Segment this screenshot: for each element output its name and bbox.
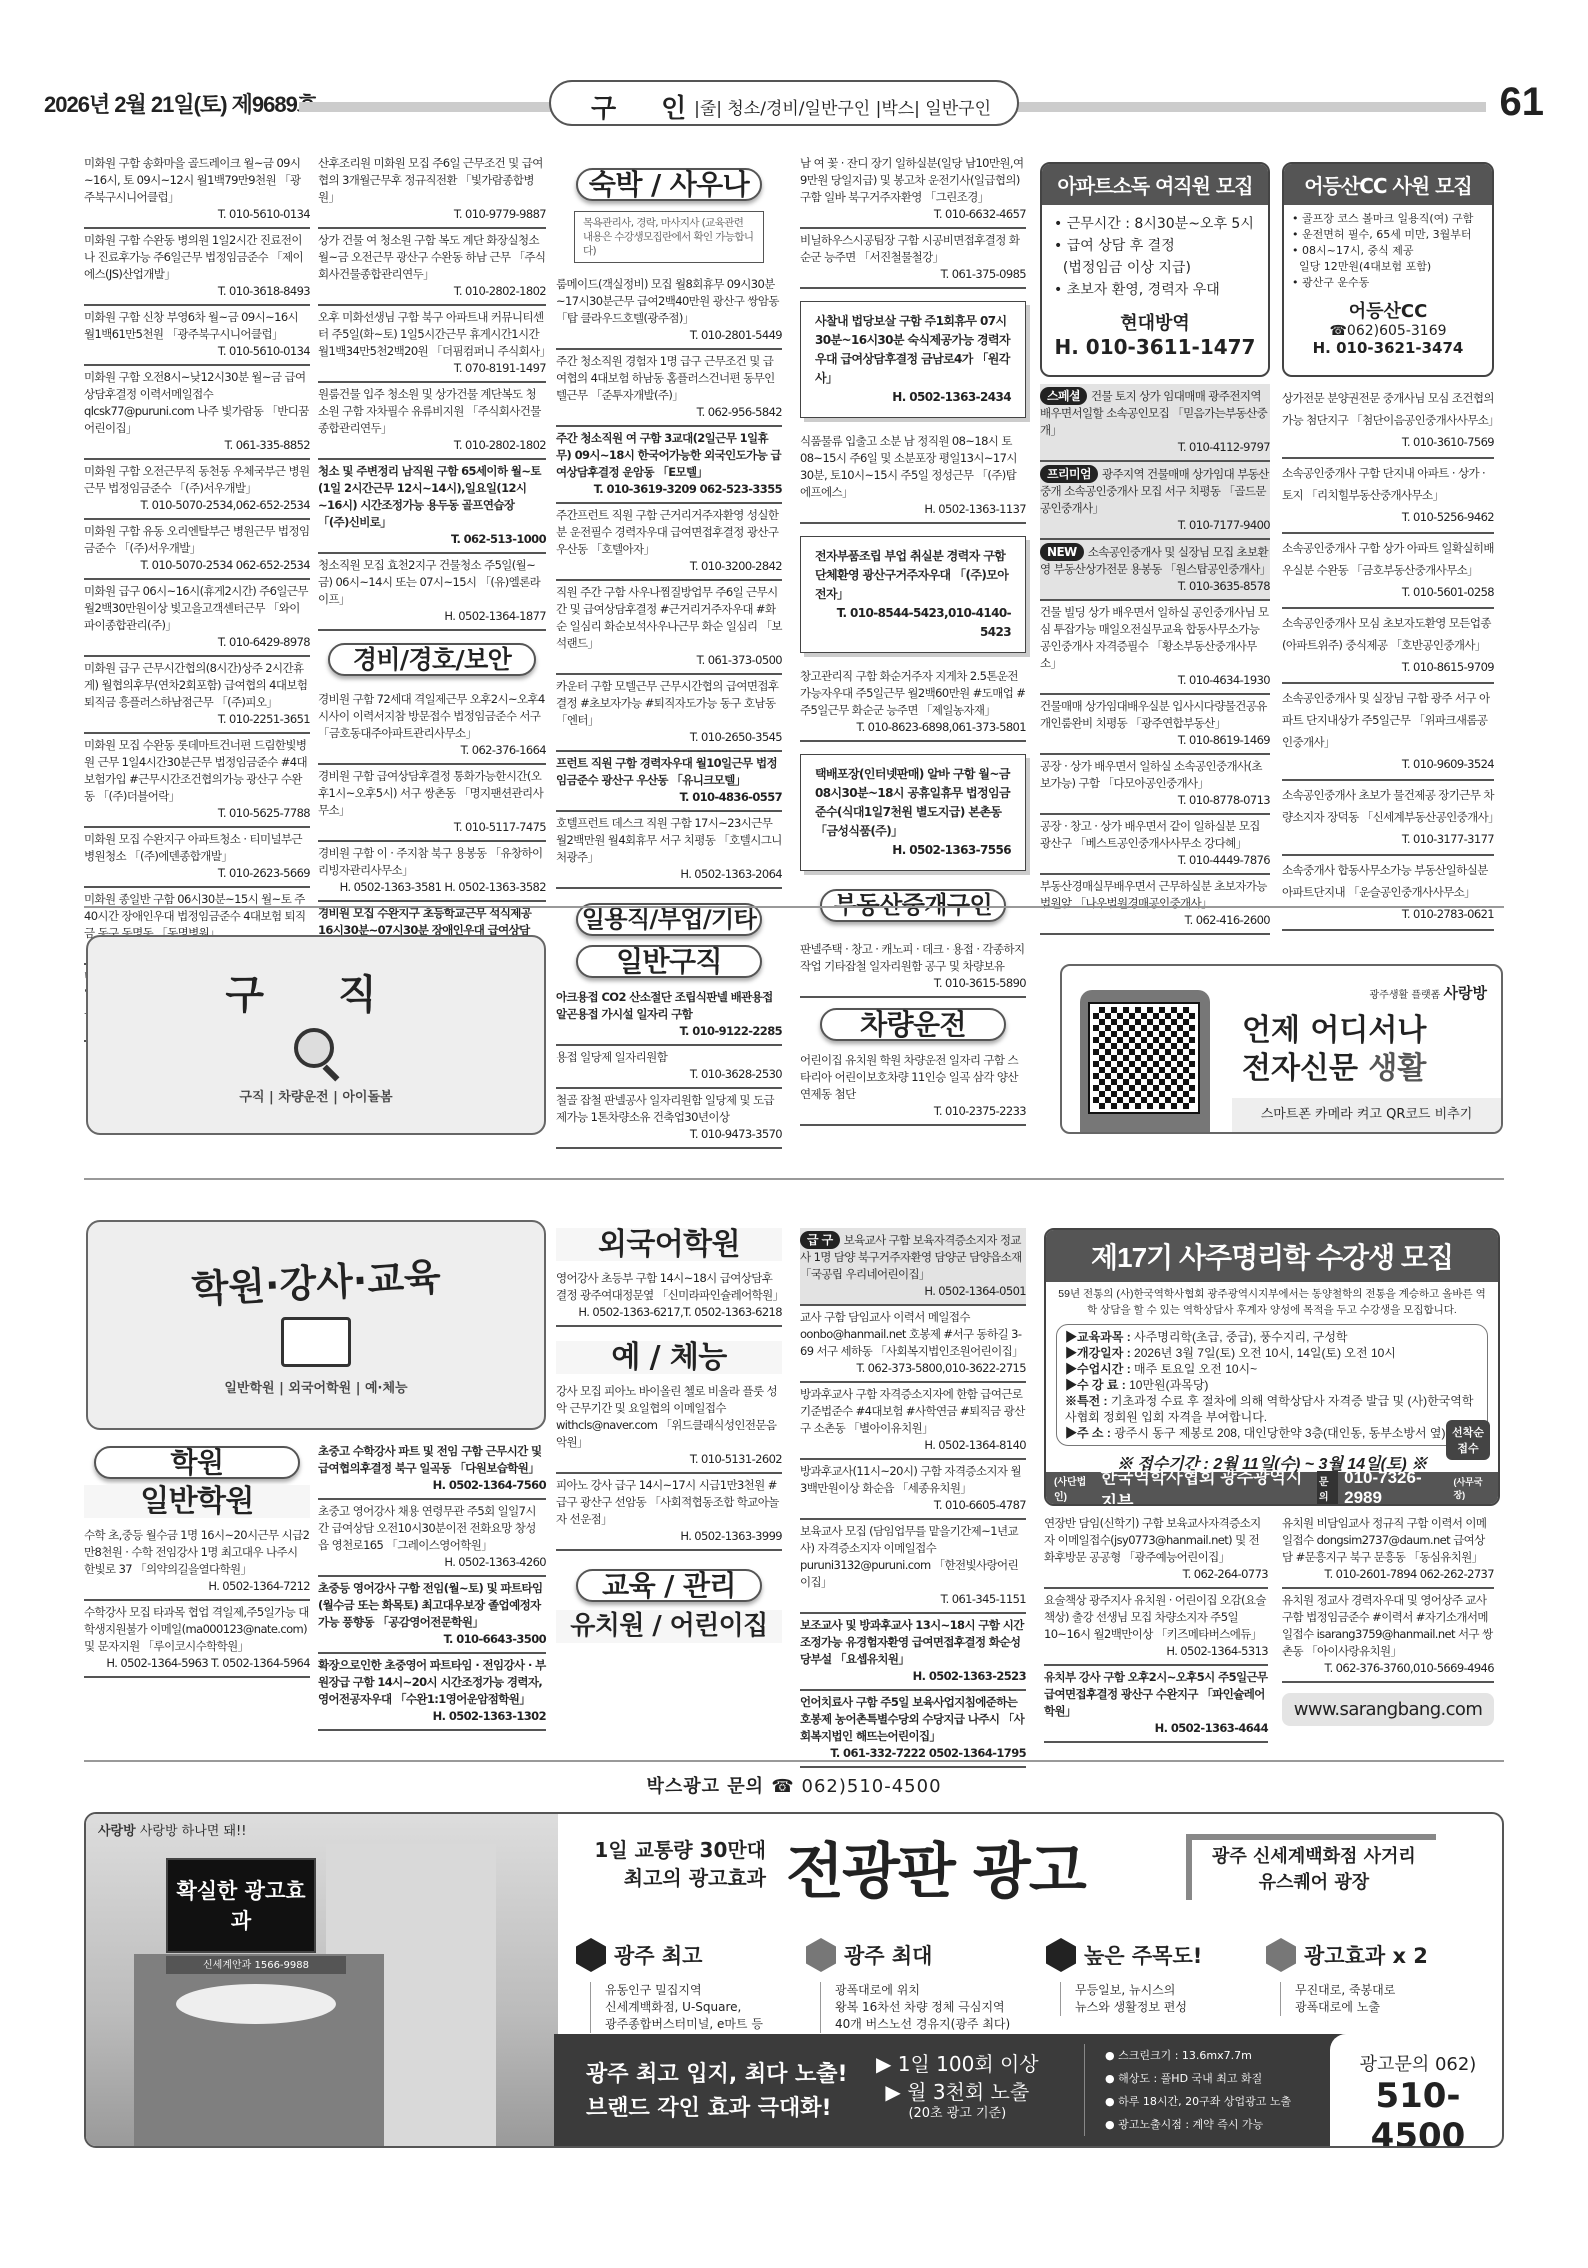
classified-ad: 수학 초,중등 월수금 1명 16시~20시근무 시급2만8천원 · 수학 전임… bbox=[84, 1524, 310, 1601]
billboard-summary: 광주 최고 입지, 최다 노출! 브랜드 각인 효과 극대화! ▶ 1일 100… bbox=[554, 2034, 1504, 2148]
ad-apartment-disinfection: 아파트소독 여직원 모집 • 근무시간 : 8시30분~오후 5시• 급여 상담… bbox=[1040, 162, 1270, 377]
classified-ad: 미화원 구함 유동 오리엔탈부근 병원근무 법정임금준수 「(주)서우개발」T.… bbox=[84, 520, 310, 580]
ad-phone: T. 010-5601-0258 bbox=[1282, 581, 1494, 603]
classified-ad: 연장반 담임(신학기) 구함 보육교사자격증소지자 이메일접수(jsy0773@… bbox=[1044, 1512, 1268, 1589]
ad-text: 상가전문 분양권전문 중개사님 모심 조건협의가능 첨단지구 「첨단이음공인중개… bbox=[1282, 391, 1499, 427]
ad-phone: T. 010-3615-5890 bbox=[800, 975, 1026, 992]
ad-phone: T. 010-9122-2285 bbox=[556, 1023, 782, 1040]
first-come-badge: 선착순 접수 bbox=[1446, 1420, 1490, 1460]
billboard-stats: ▶ 1일 100회 이상 ▶ 월 3천회 노출 (20초 광고 기준) bbox=[876, 2050, 1039, 2122]
ad-text: 공장 · 상가 배우면서 일하실 소속공인중개사(초보가능) 구함 「다모아공인… bbox=[1040, 759, 1262, 790]
ad-text: 경비원 구함 이 · 주지참 북구 용봉동 「유창하이리빙자관리사무소」 bbox=[318, 846, 543, 877]
ad-phone: H. 010-3611-1477 bbox=[1042, 335, 1268, 359]
ad-text: 사찰내 법당보살 구함 주1회휴무 07시30분~16시30분 숙식제공가능 경… bbox=[815, 312, 1011, 388]
ad-phone: H. 0502-1364-0501 bbox=[800, 1283, 1026, 1300]
classified-ad: 미화원 구함 오전근무직 동천동 우체국부근 병원근무 법정임금준수 「(주)서… bbox=[84, 460, 310, 520]
ad-text: 판넬주택 · 창고 · 캐노피 · 데크 · 용접 · 각종하지작업 기타잡철 … bbox=[800, 942, 1024, 973]
slogan-line: 광주 최고 입지, 최다 노출! bbox=[586, 2058, 848, 2092]
billboard-slogan: 광주 최고 입지, 최다 노출! 브랜드 각인 효과 극대화! bbox=[586, 2058, 848, 2126]
lead-line: 1일 교통량 30만대 bbox=[586, 1836, 766, 1864]
slogan-line: 브랜드 각인 효과 극대화! bbox=[586, 2092, 848, 2126]
ad-phone: H. 0502-1363-2523 bbox=[800, 1668, 1026, 1685]
ad-phone: H. 0502-1364-5313 bbox=[1044, 1643, 1268, 1660]
ad-text: 비닐하우스시공팀장 구함 시공비면접후결정 화순군 능주면 「서진철물철강」 bbox=[800, 233, 1019, 264]
boxed-ad: 사찰내 법당보살 구함 주1회휴무 07시30분~16시30분 숙식제공가능 경… bbox=[800, 301, 1026, 418]
heading-general-job-seeking: 일반구직 bbox=[576, 945, 762, 978]
column-academy-2: 초중고 수학강사 파트 및 전임 구함 근무시간 및 급여협의후결정 북구 일곡… bbox=[318, 1440, 546, 1731]
ad-text: 미화원 종일반 구함 06시30분~15시 월~토 주40시간 장애인우대 법정… bbox=[84, 892, 306, 940]
ad-text: 경비원 구함 급여상담후결정 통화가능한시간(오후1시~오후5시) 서구 쌍촌동… bbox=[318, 769, 543, 817]
ad-line: • 광산구 운수동 bbox=[1292, 275, 1484, 291]
course-item: ▶수 강 료 : 10만원(과목당) bbox=[1065, 1377, 1479, 1393]
ad-text: 아크용접 CO2 산소절단 조립식판넬 배관용접 알곤용접 가시설 일자리 구함 bbox=[556, 990, 773, 1021]
ad-text: 상가 건물 여 청소원 구함 복도 계단 화장실청소 월~금 오전근무 광산구 … bbox=[318, 233, 545, 281]
ad-text: 방과후교사 구함 자격증소지자에 한함 급여근로기준법준수 #4대보험 #사학연… bbox=[800, 1387, 1025, 1435]
feature-icon bbox=[806, 1938, 836, 1972]
section-title: 구 인 bbox=[591, 88, 704, 125]
classified-ad: 미화원 급구 근무시간협의(8시간)상주 2시간휴게) 월협의후무(연차2회포함… bbox=[84, 657, 310, 734]
billboard-feature: 광주 최대광폭대로에 위치 왕복 16차선 차량 정체 극심지역 40개 버스노… bbox=[806, 1938, 1026, 2033]
ad-text: 택배포장(인터넷판매) 알바 구함 월~금 08시30분~18시 공휴일휴무 법… bbox=[815, 765, 1011, 841]
ad-text: 원룸건물 입주 청소원 및 상가건물 계단복도 청소원 구함 자차필수 유류비지… bbox=[318, 387, 541, 435]
ad-phone: T. 061-345-1151 bbox=[800, 1591, 1026, 1608]
column-academy: 학원 일반학원 수학 초,중등 월수금 1명 16시~20시근무 시급2만8천원… bbox=[84, 1440, 310, 1678]
classified-ad: 방과후교사 구함 자격증소지자에 한함 급여근로기준법준수 #4대보험 #사학연… bbox=[800, 1383, 1026, 1460]
ad-phone: H. 0502-1364-8140 bbox=[800, 1437, 1026, 1454]
classified-ad: 창고관리직 구함 화순거주자 지게차 2.5톤운전가능자우대 주5일근무 월2백… bbox=[800, 665, 1026, 742]
classified-ad: 건물매매 상가임대배우실분 입사시다량물건공유 개인룸완비 치평동 「광주연합부… bbox=[1040, 695, 1270, 755]
ad-phone: T. 010-2802-1802 bbox=[318, 437, 546, 454]
ad-title: 어등산CC 사원 모집 bbox=[1284, 164, 1492, 205]
classified-ad: 카운터 구함 모텔근무 근무시간협의 급여면접후결정 #초보자가능 #퇴직자도가… bbox=[556, 675, 782, 752]
classified-ad: 직원 주간 구함 사우나찜질방업무 주6일 근무시간 및 급여상담후결정 #근거… bbox=[556, 581, 782, 675]
ad-text: 창고관리직 구함 화순거주자 지게차 2.5톤운전가능자우대 주5일근무 월2백… bbox=[800, 669, 1025, 717]
ad-text: 카운터 구함 모텔근무 근무시간협의 급여면접후결정 #초보자가능 #퇴직자도가… bbox=[556, 679, 778, 727]
billboard-photo: 신세계안과 1566-9988 확실한 광고효과 사랑방 사랑방 하나면 돼!! bbox=[86, 1814, 558, 2148]
ad-line: • 급여 상담 후 결정 bbox=[1054, 235, 1256, 257]
column-realestate-left: 스페셜건물 토지 상가 임대매매 광주전지역 배우면서일할 소속공인모집 「믿음… bbox=[1040, 384, 1270, 935]
ad-phone: H. 0502-1363-1137 bbox=[800, 501, 1026, 518]
org-name: 한국역학사협회 광주광역시지부 bbox=[1101, 1463, 1311, 1506]
ad-phone: T. 010-3635-8578 bbox=[1040, 578, 1270, 595]
ad-title: 제17기 사주명리학 수강생 모집 bbox=[1046, 1230, 1498, 1282]
ad-phone: T. 010-5610-0134 bbox=[84, 206, 310, 223]
ad-badge: NEW bbox=[1040, 543, 1084, 561]
ad-phone: T. 061-373-0500 bbox=[556, 652, 782, 669]
classified-ad: 오후 미화선생님 구함 북구 아파트내 커뮤니티센터 주5일(화~토) 1일5시… bbox=[318, 306, 546, 383]
ad-phone: T. 070-8191-1497 bbox=[318, 360, 546, 377]
boxed-ad: 전자부품조립 부업 취실분 경력자 구함 단체환영 광산구거주자우대 「(주)모… bbox=[800, 536, 1026, 653]
ad-text: 피아노 강사 급구 14시~17시 시급1만3천원 #급구 광산구 선암동 「사… bbox=[556, 1478, 779, 1526]
heading-education-management: 교육 / 관리 bbox=[576, 1569, 762, 1602]
item-label: ▶교육과목 : bbox=[1065, 1330, 1134, 1344]
note-box: 목욕관리사, 경락, 마사지사 (교육관련 내용은 수강생모집란에서 확인 가능… bbox=[574, 211, 764, 263]
headline-line: 전자신문 bbox=[1242, 1051, 1368, 1086]
ad-phone: T. 010-2801-5449 bbox=[556, 327, 782, 344]
ad-phone: H. 0502-1364-7212 bbox=[84, 1578, 310, 1595]
ad-text: 미화원 급구 근무시간협의(8시간)상주 2시간휴게) 월협의후무(연차2회포함… bbox=[84, 661, 307, 709]
ad-text: 미화원 구함 오전근무직 동천동 우체국부근 병원근무 법정임금준수 「(주)서… bbox=[84, 464, 309, 495]
ad-text: 방과후교사(11시~20시) 구함 자격증소지자 월3백만원이상 화순읍 「세종… bbox=[800, 1464, 1021, 1495]
classified-ad: 어린이집 유치원 학원 차량운전 일자리 구함 스타리아 어린이보호차량 11인… bbox=[800, 1049, 1026, 1126]
ad-phone: H. 0502-1363-6217,T. 0502-1363-6218 bbox=[556, 1304, 782, 1321]
classified-ad: 비닐하우스시공팀장 구함 시공비면접후결정 화순군 능주면 「서진철물철강」T.… bbox=[800, 229, 1026, 289]
feature-desc: 광폭대로에 위치 왕복 16차선 차량 정체 극심지역 40개 버스노선 경유지… bbox=[820, 1982, 1026, 2033]
classified-ad: 소속중개사 합동사무소가능 부동산일하실분 아파트단지내 「운슬공인중개사사무소… bbox=[1282, 856, 1494, 931]
classified-ad: 용접 일당제 일자리원함T. 010-3628-2530 bbox=[556, 1046, 782, 1089]
ad-text: 소속공인중개사 구함 상가 아파트 일확실히배우실분 수완동 「금호부동산중개사… bbox=[1282, 541, 1494, 577]
eye-sign-illustration bbox=[176, 1984, 336, 2024]
classified-ad: 부동산경매실무배우면서 근무하실분 초보자가능 법원앞 「나우법원경매공인중개사… bbox=[1040, 875, 1270, 935]
course-item: ▶수업시간 : 매주 토요일 오전 10시~ bbox=[1065, 1361, 1479, 1377]
ad-phone: T. 010-3610-7569 bbox=[1282, 431, 1494, 453]
ad-text: 유치원 비담임교사 정규직 구함 이력서 이메일접수 dongsim2737@d… bbox=[1282, 1516, 1486, 1564]
book-pencil-icon bbox=[281, 1317, 351, 1367]
ad-text: 산후조리원 미화원 모집 주6일 근무조건 및 급여협의 3개월근무후 정규직전… bbox=[318, 156, 543, 204]
ad-text: 주간프런트 직원 구함 근거리거주자환영 성실한분 운전필수 경력자우대 급여면… bbox=[556, 508, 778, 556]
classified-ad: 요술책상 광주지사 유치원 · 어린이집 오감(요술책상) 출강 선생님 모집 … bbox=[1044, 1589, 1268, 1666]
ad-phone: T. 010-8544-5423,010-4140-5423 bbox=[815, 604, 1011, 642]
box-ad-inquiry: 박스광고 문의 ☎ 062)510-4500 bbox=[0, 1772, 1588, 1798]
stat-line: ▶ 1일 100회 이상 bbox=[876, 2050, 1039, 2078]
ad-phone: T. 010-9779-9887 bbox=[318, 206, 546, 223]
ad-text: 청소직원 모집 효천2지구 건물청소 주5일(월~금) 06시~14시 또는 0… bbox=[318, 558, 540, 606]
stat-line: ▶ 월 3천회 노출 bbox=[876, 2078, 1039, 2106]
ad-text: 보육교사 모집 (담임업무를 맡을기간제~1년교사) 자격증소지자 이메일접수 … bbox=[800, 1524, 1018, 1589]
ad-text: 연장반 담임(신학기) 구함 보육교사자격증소지자 이메일접수(jsy0773@… bbox=[1044, 1516, 1261, 1564]
feature-title: 광주 최대 bbox=[844, 1940, 932, 1970]
ad-line: • 근무시간 : 8시30분~오후 5시 bbox=[1054, 213, 1256, 235]
ad-phone: T. 010-5610-0134 bbox=[84, 343, 310, 360]
contact-label: 광고문의 062) bbox=[1330, 2050, 1504, 2076]
ad-golf-club: 어등산CC 사원 모집 • 골프장 코스 볼마크 일용직(여) 구함• 운전면허… bbox=[1282, 162, 1494, 377]
ad-phone: T. 010-2650-3545 bbox=[556, 729, 782, 746]
classified-ad: 공장 · 창고 · 상가 배우면서 같이 일하실분 모집 광산구 「베스트공인중… bbox=[1040, 815, 1270, 875]
ad-phone: T. 010-6429-8978 bbox=[84, 634, 310, 651]
section-label: 구 인 |줄| 청소/경비/일반구인 |박스| 일반구인 bbox=[549, 80, 1019, 126]
website-link[interactable]: www.sarangbang.com bbox=[1282, 1693, 1494, 1726]
ad-text: 유치원 정교사 경력자우대 및 영어상주 교사 구함 법정임금준수 #이력서 #… bbox=[1282, 1593, 1493, 1658]
ad-phone: T. 010-5256-9462 bbox=[1282, 506, 1494, 528]
feature-icon bbox=[576, 1938, 606, 1972]
classified-ad: 유치부 강사 구함 오후2시~오후5시 주5일근무 급여면접후결정 광산구 수완… bbox=[1044, 1666, 1268, 1743]
ad-text: 소속공인중개사 및 실장님 구함 광주 서구 아파트 단지내상가 주5일근무 「… bbox=[1282, 691, 1490, 749]
feature-desc: 유동인구 밀집지역 신세계백화점, U-Square, 광주종합버스터미널, e… bbox=[590, 1982, 796, 2033]
classified-ad: 미화원 구함 신창 부영6차 월~금 09시~16시 월1백61만5천원 「광주… bbox=[84, 306, 310, 366]
ad-phone: T. 010-8615-9709 bbox=[1282, 656, 1494, 678]
ad-phone: T. 010-2623-5669 bbox=[84, 865, 310, 882]
ad-phone: T. 062-373-5800,010-3622-2715 bbox=[800, 1360, 1026, 1377]
ad-phone: T. 010-5625-7788 bbox=[84, 805, 310, 822]
ad-phone: T. 062-376-1664 bbox=[318, 742, 546, 759]
classified-ad: 식품물류 입출고 소분 남 정직원 08~18시 토08~15시 주6일 및 소… bbox=[800, 430, 1026, 524]
ad-phone: H. 0502-1363-2064 bbox=[556, 866, 782, 883]
classified-ad: 원룸건물 입주 청소원 및 상가건물 계단복도 청소원 구함 자차필수 유류비지… bbox=[318, 383, 546, 460]
location-line: 유스퀘어 광장 bbox=[1212, 1870, 1416, 1896]
billboard-specs: ● 스크린크기 : 13.6mx7.7m● 해상도 : 풀HD 국내 최고 화질… bbox=[1084, 2044, 1291, 2136]
ad-phone: T. 010-4836-0557 bbox=[556, 789, 782, 806]
classified-ad: 상가 건물 여 청소원 구함 복도 계단 화장실청소 월~금 오전근무 광산구 … bbox=[318, 229, 546, 306]
divider bbox=[299, 102, 569, 112]
classified-ad: 급 구보육교사 구함 보육자격증소지자 정교사 1명 담양 북구거주자환영 담양… bbox=[800, 1228, 1026, 1306]
magnifier-icon bbox=[286, 1028, 346, 1078]
headline-line: 언제 어디서나 bbox=[1242, 1012, 1426, 1050]
item-value: 기초과정 수료 후 절차에 의해 역학상담사 자격증 발급 및 (사)한국역학사… bbox=[1065, 1394, 1473, 1424]
ad-line: 일당 12만원(4대보험 포함) bbox=[1292, 259, 1484, 275]
classified-ad: 초중고 수학강사 파트 및 전임 구함 근무시간 및 급여협의후결정 북구 일곡… bbox=[318, 1440, 546, 1500]
heading-academy: 학원 bbox=[94, 1446, 300, 1479]
phone-suffix: (사무국장) bbox=[1453, 1475, 1490, 1501]
ad-company: 어등산CC bbox=[1284, 297, 1492, 323]
ad-line: ● 해상도 : 풀HD 국내 최고 화질 bbox=[1105, 2067, 1291, 2090]
classified-ad: 소속공인중개사 모심 초보자도환영 모든업종(아파트위주) 중식제공 「호반공인… bbox=[1282, 609, 1494, 684]
ad-phone: H. 0502-1363-4644 bbox=[1044, 1720, 1268, 1737]
ad-instruction: 스마트폰 카메라 켜고 QR코드 비추기 bbox=[1232, 1098, 1501, 1132]
classified-ad: 미화원 모집 수완동 롯데마트건너편 드림한빛병원 근무 1일4시간30분근무 … bbox=[84, 734, 310, 828]
ad-text: 철골 잡철 판넬공사 일자리원함 일당제 및 도급제가능 1톤차량소유 건축업3… bbox=[556, 1093, 774, 1124]
banner-subtitle: 구직 | 차량운전 | 아이돌봄 bbox=[88, 1086, 544, 1105]
item-label: ▶수업시간 : bbox=[1065, 1362, 1134, 1376]
section-divider bbox=[84, 1760, 1504, 1762]
ad-text: 요술책상 광주지사 유치원 · 어린이집 오감(요술책상) 출강 선생님 모집 … bbox=[1044, 1593, 1266, 1641]
phone-illustration bbox=[1080, 990, 1210, 1134]
ad-intro: 59년 전통의 (사)한국역학사협회 광주광역시지부에서는 동양철학의 전통을 … bbox=[1046, 1282, 1498, 1322]
ad-text: 소속공인중개사 모심 초보자도환영 모든업종(아파트위주) 중식제공 「호반공인… bbox=[1282, 616, 1491, 652]
ad-line: • 운전면허 필수, 65세 미만, 3월부터 bbox=[1292, 227, 1484, 243]
classified-ad: 미화원 급구 06시~16시(휴게2시간) 주6일근무 월2백30만원이상 빛고… bbox=[84, 580, 310, 657]
ad-text: 주간 청소직원 경험자 1명 급구 근무조건 및 급여협의 4대보험 하남동 홈… bbox=[556, 354, 775, 402]
item-label: ▶수 강 료 : bbox=[1065, 1378, 1129, 1392]
classified-ad: 수학강사 모집 타과목 협업 격일제,주5일가능 대학생지원불가 이메일(ma0… bbox=[84, 1601, 310, 1678]
ad-phone: T. 010-2375-2233 bbox=[800, 1103, 1026, 1120]
classified-ad: 소속공인중개사 구함 단지내 아파트 · 상가 · 토지 「리치힐부동산중개사무… bbox=[1282, 459, 1494, 534]
classified-ad: 보육교사 모집 (담임업무를 맡을기간제~1년교사) 자격증소지자 이메일접수 … bbox=[800, 1520, 1026, 1614]
ad-phone: T. 062-513-1000 bbox=[318, 531, 546, 548]
ad-text: 소속공인중개사 구함 단지내 아파트 · 상가 · 토지 「리치힐부동산중개사무… bbox=[1282, 466, 1485, 502]
ad-badge: 급 구 bbox=[800, 1231, 840, 1249]
billboard-headline: 전광판 광고 bbox=[786, 1824, 1085, 1910]
ad-phone: T. 010-5117-7475 bbox=[318, 819, 546, 836]
contact-phone: 510-4500 bbox=[1330, 2076, 1504, 2148]
classified-ad: 공장 · 상가 배우면서 일하실 소속공인중개사(초보가능) 구함 「다모아공인… bbox=[1040, 755, 1270, 815]
classified-ad: 피아노 강사 급구 14시~17시 시급1만3천원 #급구 광산구 선암동 「사… bbox=[556, 1474, 782, 1551]
ad-phone: T. 061-375-0985 bbox=[800, 266, 1026, 283]
classified-ad: 스페셜건물 토지 상가 임대매매 광주전지역 배우면서일할 소속공인모집 「믿음… bbox=[1040, 384, 1270, 462]
location-line: 광주 신세계백화점 사거리 bbox=[1212, 1844, 1416, 1870]
brand-line: 광주생활 플랫폼 사랑방 bbox=[1370, 982, 1487, 1003]
ad-text: 미화원 급구 06시~16시(휴게2시간) 주6일근무 월2백30만원이상 빛고… bbox=[84, 584, 308, 632]
item-label: ※특전 : bbox=[1065, 1394, 1111, 1408]
ad-text: 오후 미화선생님 구함 북구 아파트내 커뮤니티센터 주5일(화~토) 1일5시… bbox=[318, 310, 551, 358]
ad-phone: T. 010-4634-1930 bbox=[1040, 672, 1270, 689]
ad-phone: 010-7326-2989 bbox=[1344, 1468, 1447, 1506]
inquiry-label: 문의 bbox=[1317, 1471, 1338, 1505]
course-item: ▶교육과목 : 사주명리학(초급, 중급), 풍수지리, 구성학 bbox=[1065, 1329, 1479, 1345]
ad-phone: T. 010-4449-7876 bbox=[1040, 852, 1270, 869]
ad-text: 건물 빌딩 상가 배우면서 일하실 공인중개사님 모심 투잡가능 매일오전실무교… bbox=[1040, 605, 1269, 670]
column-general: 남 여 꽃 · 잔디 장기 일하실분(일당 남10만원,여9만원 당일지급) 및… bbox=[800, 152, 1026, 930]
ad-line: • 08시~17시, 중식 제공 bbox=[1292, 243, 1484, 259]
heading-arts: 예 / 체능 bbox=[556, 1341, 782, 1374]
heading-lodging: 숙박 / 사우나 bbox=[576, 168, 762, 201]
boxed-ad: 택배포장(인터넷판매) 알바 구함 월~금 08시30분~18시 공휴일휴무 법… bbox=[800, 754, 1026, 871]
ad-headline: 언제 어디서나 전자신문 생활 bbox=[1242, 1012, 1426, 1088]
ad-phone: H. 0502-1363-2434 bbox=[815, 388, 1011, 407]
feature-title: 높은 주목도! bbox=[1084, 1940, 1202, 1970]
ad-billboard: 신세계안과 1566-9988 확실한 광고효과 사랑방 사랑방 하나면 돼!!… bbox=[84, 1812, 1504, 2148]
inquiry-phone: ☎ 062)510-4500 bbox=[771, 1776, 941, 1797]
classified-ad: 방과후교사(11시~20시) 구함 자격증소지자 월3백만원이상 화순읍 「세종… bbox=[800, 1460, 1026, 1520]
ad-line: ● 하루 18시간, 20구좌 상업광고 노출 bbox=[1105, 2090, 1291, 2113]
billboard-feature: 높은 주목도!무등일보, 뉴시스의 뉴스와 생활정보 편성 bbox=[1046, 1938, 1266, 2016]
ad-footer: (사단법인) 한국역학사협회 광주광역시지부 문의 010-7326-2989 … bbox=[1046, 1472, 1498, 1504]
classified-ad: 청소 및 주변정리 남직원 구함 65세이하 월~토(1일 2시간근무 12시~… bbox=[318, 460, 546, 554]
classified-ad: 경비원 구함 이 · 주지참 북구 용봉동 「유창하이리빙자관리사무소」H. 0… bbox=[318, 842, 546, 902]
ad-phone: T. 010-3628-2530 bbox=[556, 1066, 782, 1083]
ad-text: 소속중개사 합동사무소가능 부동산일하실분 아파트단지내 「운슬공인중개사사무소… bbox=[1282, 863, 1488, 899]
ad-phone: H. 0502-1364-1877 bbox=[318, 608, 546, 625]
classified-ad: 미화원 모집 수완지구 아파트청소 · 티미널부근 병원청소 「(주)에덴종합개… bbox=[84, 828, 310, 888]
ad-text: 보조교사 및 방과후교사 13시~18시 구함 시간조정가능 유경험자환영 급여… bbox=[800, 1618, 1024, 1666]
ad-text: 미화원 구함 수완동 병의원 1일2시간 진료전이나 진료후가능 주6일근무 법… bbox=[84, 233, 303, 281]
section-divider bbox=[84, 1178, 1504, 1180]
feature-icon bbox=[1266, 1938, 1296, 1972]
ad-text: 직원 주간 구함 사우나찜질방업무 주6일 근무시간 및 급여상담후결정 #근거… bbox=[556, 585, 782, 650]
ad-text: 남 여 꽃 · 잔디 장기 일하실분(일당 남10만원,여9만원 당일지급) 및… bbox=[800, 156, 1023, 204]
column-realestate-right: 상가전문 분양권전문 중개사님 모심 조건협의가능 첨단지구 「첨단이음공인중개… bbox=[1282, 384, 1494, 931]
banner-title: 구 직 bbox=[88, 963, 544, 1020]
column-driving: 판넬주택 · 창고 · 캐노피 · 데크 · 용접 · 각종하지작업 기타잡철 … bbox=[800, 938, 1026, 1126]
classified-ad: 주간 청소직원 여 구함 3교대(2일근무 1일휴무) 09시~18시 한국어가… bbox=[556, 427, 782, 504]
org-prefix: (사단법인) bbox=[1054, 1473, 1095, 1503]
ad-phone: T. 010-5070-2534,062-652-2534 bbox=[84, 497, 310, 514]
billboard-contact: 광고문의 062) 510-4500 bbox=[1330, 2034, 1504, 2148]
ad-phone: T. 010-3200-2842 bbox=[556, 558, 782, 575]
ad-phone: T. 010-7177-9400 bbox=[1040, 517, 1270, 534]
ad-text: 청소 및 주변정리 남직원 구함 65세이하 월~토(1일 2시간근무 12시~… bbox=[318, 464, 541, 529]
classified-ad: 주간 청소직원 경험자 1명 급구 근무조건 및 급여협의 4대보험 하남동 홈… bbox=[556, 350, 782, 427]
ad-text: 미화원 구함 송화마을 골드레이크 월~금 09시~16시, 토 09시~12시… bbox=[84, 156, 301, 204]
classified-ad: 초중고 영어강사 채용 연령무관 주5회 일일7시간 급여상담 오전10시30분… bbox=[318, 1500, 546, 1577]
classified-ad: 소속공인중개사 초보가 물건제공 장기근무 차량소지자 장덕동 「신세계부동산공… bbox=[1282, 781, 1494, 856]
ad-text: 미화원 구함 신창 부영6차 월~금 09시~16시 월1백61만5천원 「광주… bbox=[84, 310, 298, 341]
classified-ad: 초중등 영어강사 구함 전임(월~토) 및 파트타임(월수금 또는 화목토) 최… bbox=[318, 1577, 546, 1654]
page-number: 61 bbox=[1500, 80, 1545, 125]
ad-line: • 초보자 환영, 경력자 우대 bbox=[1054, 279, 1256, 301]
ad-text: 미화원 구함 오전8시~낮12시30분 월~금 급여상담후결정 이력서메일접수 … bbox=[84, 370, 309, 435]
ad-phone: T. 010-9609-3524 bbox=[1282, 753, 1494, 775]
ad-phone: T. 010-6643-3500 bbox=[318, 1631, 546, 1648]
item-label: ▶주 소 : bbox=[1065, 1426, 1114, 1440]
ad-phone: T. 010-2601-7894 062-262-2737 bbox=[1282, 1566, 1494, 1583]
feature-title: 광고효과 x 2 bbox=[1304, 1940, 1428, 1970]
classified-ad: 청소직원 모집 효천2지구 건물청소 주5일(월~금) 06시~14시 또는 0… bbox=[318, 554, 546, 631]
classified-ad: 미화원 구함 송화마을 골드레이크 월~금 09시~16시, 토 09시~12시… bbox=[84, 152, 310, 229]
column-cleaning-2: 산후조리원 미화원 모집 주6일 근무조건 및 급여협의 3개월근무후 정규직전… bbox=[318, 152, 546, 979]
ad-text: 언어치료사 구함 주5일 보육사업지침에준하는호봉제 농어촌특별수당외 수당지급… bbox=[800, 1695, 1024, 1743]
course-item: ※특전 : 기초과정 수료 후 절차에 의해 역학상담사 자격증 발급 및 (사… bbox=[1065, 1393, 1479, 1425]
classified-ad: 소속공인중개사 구함 상가 아파트 일확실히배우실분 수완동 「금호부동산중개사… bbox=[1282, 534, 1494, 609]
classified-ad: 경비원 구함 급여상담후결정 통화가능한시간(오후1시~오후5시) 서구 쌍촌동… bbox=[318, 765, 546, 842]
ad-text: 용접 일당제 일자리원함 bbox=[556, 1050, 667, 1064]
ad-phone: H. 0502-1363-3999 bbox=[556, 1528, 782, 1545]
ad-text: 주간 청소직원 여 구함 3교대(2일근무 1일휴무) 09시~18시 한국어가… bbox=[556, 431, 781, 479]
classified-ad: 교사 구함 담임교사 이력서 메일접수 oonbo@hanmail.net 호봉… bbox=[800, 1306, 1026, 1383]
classified-ad: 확장으로인한 초중영어 파트타임 · 전임강사 · 부원장급 구함 14시~20… bbox=[318, 1654, 546, 1731]
classified-ad: 유치원 비담임교사 정규직 구함 이력서 이메일접수 dongsim2737@d… bbox=[1282, 1512, 1494, 1589]
brand-logo: 사랑방 bbox=[98, 1824, 136, 1839]
classified-ad: 소속공인중개사 및 실장님 구함 광주 서구 아파트 단지내상가 주5일근무 「… bbox=[1282, 684, 1494, 781]
ad-phone: H. 0502-1363-3581 H. 0502-1363-3582 bbox=[318, 879, 546, 896]
classified-ad: 미화원 구함 오전8시~낮12시30분 월~금 급여상담후결정 이력서메일접수 … bbox=[84, 366, 310, 460]
ad-phone: ☎062)605-3169 bbox=[1284, 323, 1492, 339]
lead-line: 최고의 광고효과 bbox=[586, 1864, 766, 1892]
ad-text: 수학강사 모집 타과목 협업 격일제,주5일가능 대학생지원불가 이메일(ma0… bbox=[84, 1605, 309, 1653]
headline-emphasis: 생활 bbox=[1368, 1051, 1426, 1086]
ad-phone: T. 062-376-3760,010-5669-4946 bbox=[1282, 1660, 1494, 1677]
qr-code[interactable] bbox=[1090, 1004, 1198, 1112]
ad-phone: H. 010-3621-3474 bbox=[1284, 339, 1492, 357]
item-value: 사주명리학(초급, 중급), 풍수지리, 구성학 bbox=[1134, 1330, 1347, 1344]
masthead: 2026년 2월 21일(토) 제9689호 구 인 |줄| 청소/경비/일반구… bbox=[44, 80, 1544, 130]
ad-text: 초중고 영어강사 채용 연령무관 주5회 일일7시간 급여상담 오전10시30분… bbox=[318, 1504, 536, 1552]
ad-text: 교사 구함 담임교사 이력서 메일접수 oonbo@hanmail.net 호봉… bbox=[800, 1310, 1023, 1358]
ad-text: 경비원 구함 72세대 격일제근무 오후2시~오후4시사이 이력서지참 방문접수… bbox=[318, 692, 545, 740]
course-item: ▶개강일자 : 2026년 3월 7일(토) 오전 10시, 14일(토) 오전… bbox=[1065, 1345, 1479, 1361]
column-cleaning-1: 미화원 구함 송화마을 골드레이크 월~금 09시~16시, 토 09시~12시… bbox=[84, 152, 310, 1042]
feature-icon bbox=[1046, 1938, 1076, 1972]
ad-text: 미화원 구함 유동 오리엔탈부근 병원근무 법정임금준수 「(주)서우개발」 bbox=[84, 524, 309, 555]
ad-text: 건물매매 상가임대배우실분 입사시다량물건공유 개인룸완비 치평동 「광주연합부… bbox=[1040, 699, 1267, 730]
classified-ad: 철골 잡철 판넬공사 일자리원함 일당제 및 도급제가능 1톤차량소유 건축업3… bbox=[556, 1089, 782, 1149]
ad-e-newspaper: 광주생활 플랫폼 사랑방 언제 어디서나 전자신문 생활 스마트폰 카메라 켜고… bbox=[1060, 964, 1503, 1134]
heading-kindergarten: 유치원 / 어린이집 bbox=[556, 1610, 782, 1643]
ad-text: 전자부품조립 부업 취실분 경력자 구함 단체환영 광산구거주자우대 「(주)모… bbox=[815, 547, 1011, 604]
ad-text: 강사 모집 피아노 바이올린 첼로 비올라 플룻 성악 근무기간 및 요일협의 … bbox=[556, 1384, 777, 1449]
section-divider bbox=[84, 906, 1504, 908]
classified-ad: 건물 빌딩 상가 배우면서 일하실 공인중개사님 모심 투잡가능 매일오전실무교… bbox=[1040, 601, 1270, 695]
ad-text: 식품물류 입출고 소분 남 정직원 08~18시 토08~15시 주6일 및 소… bbox=[800, 434, 1017, 499]
ad-text: 수학 초,중등 월수금 1명 16시~20시근무 시급2만8천원 · 수학 전임… bbox=[84, 1528, 309, 1576]
ad-phone: T. 010-2251-3651 bbox=[84, 711, 310, 728]
course-details: ▶교육과목 : 사주명리학(초급, 중급), 풍수지리, 구성학▶개강일자 : … bbox=[1056, 1324, 1488, 1446]
ad-phone: T. 010-5070-2534 062-652-2534 bbox=[84, 557, 310, 574]
inquiry-label: 박스광고 문의 bbox=[646, 1776, 764, 1797]
classified-ad: 프리미엄광주지역 건물매매 상가임대 부동산중개 소속공인중개사 모집 서구 치… bbox=[1040, 462, 1270, 540]
stat-note: (20초 광고 기준) bbox=[876, 2106, 1039, 2122]
column-job-seeking: 일반구직 아크용접 CO2 산소절단 조립식판넬 배관용접 알곤용접 가시설 일… bbox=[556, 945, 782, 1149]
course-item: ▶주 소 : 광주시 동구 제봉로 208, 대인당한약 3층(대인동, 동부소… bbox=[1065, 1425, 1479, 1441]
column-lodging: 숙박 / 사우나 목욕관리사, 경락, 마사지사 (교육관련 내용은 수강생모집… bbox=[556, 160, 782, 944]
ad-phone: T. 061-335-8852 bbox=[84, 437, 310, 454]
ad-text: 미화원 모집 수완지구 아파트청소 · 티미널부근 병원청소 「(주)에덴종합개… bbox=[84, 832, 302, 863]
ad-phone: T. 010-6605-4787 bbox=[800, 1497, 1026, 1514]
billboard-lead: 1일 교통량 30만대 최고의 광고효과 bbox=[586, 1836, 766, 1892]
classified-ad: 룸메이드(객실정비) 모집 월8회휴무 09시30분~17시30분근무 급여2백… bbox=[556, 273, 782, 350]
ad-text: 초중등 영어강사 구함 전임(월~토) 및 파트타임(월수금 또는 화목토) 최… bbox=[318, 1581, 543, 1629]
item-value: 10만원(과목당) bbox=[1129, 1378, 1208, 1392]
classified-ad: 영어강사 초등부 구함 14시~18시 급여상담후결정 광주여대정문옆 「신미라… bbox=[556, 1267, 782, 1327]
classified-ad: NEW소속공인중개사 및 실장님 모집 초보환영 부동산상가전문 용봉동 「원스… bbox=[1040, 540, 1270, 601]
ad-text: 프런트 직원 구함 경력자우대 월10일근무 법정임금준수 광산구 우산동 「유… bbox=[556, 756, 777, 787]
classified-ad: 판넬주택 · 창고 · 캐노피 · 데크 · 용접 · 각종하지작업 기타잡철 … bbox=[800, 938, 1026, 998]
ad-phone: T. 062-416-2600 bbox=[1040, 912, 1270, 929]
column-kindergarten-right-a: 연장반 담임(신학기) 구함 보육교사자격증소지자 이메일접수(jsy0773@… bbox=[1044, 1512, 1268, 1743]
banner-education: 학원·강사·교육 일반학원 | 외국어학원 | 예·체능 bbox=[86, 1220, 546, 1430]
classified-ad: 상가전문 분양권전문 중개사님 모심 조건협의가능 첨단지구 「첨단이음공인중개… bbox=[1282, 384, 1494, 459]
feature-desc: 무등일보, 뉴시스의 뉴스와 생활정보 편성 bbox=[1060, 1982, 1266, 2016]
brand-tagline: 광주생활 플랫폼 bbox=[1370, 990, 1441, 1001]
